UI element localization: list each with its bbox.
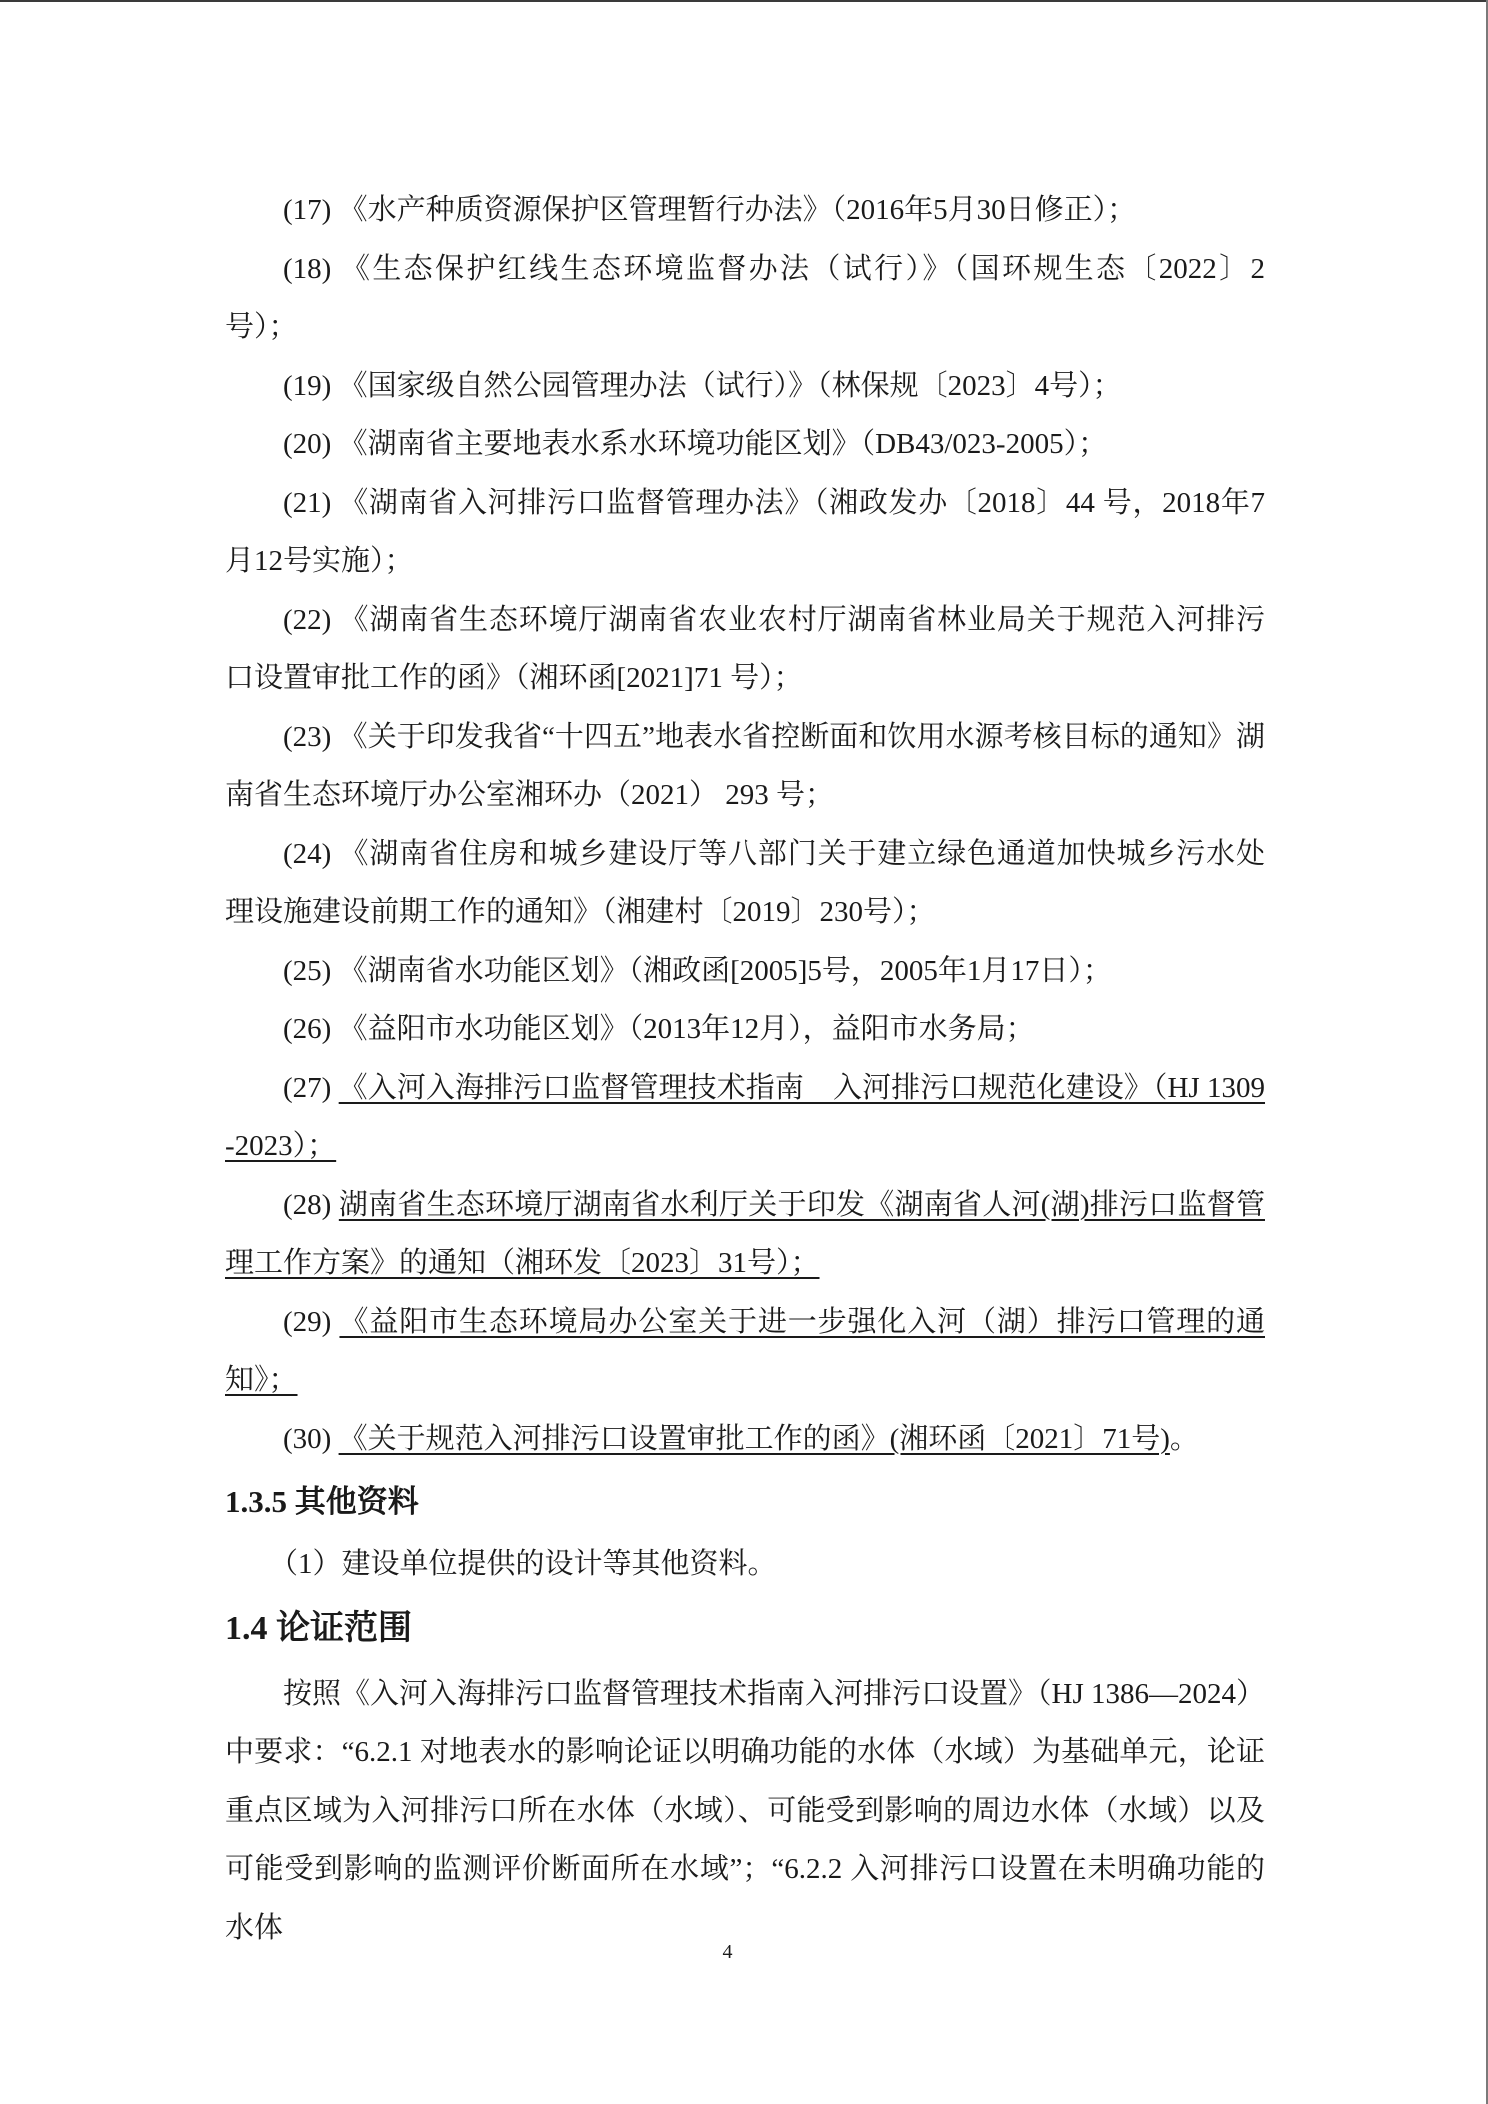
reference-item-30: (30) 《关于规范入河排污口设置审批工作的函》(湘环函〔2021〕71号)。 <box>225 1410 1265 1469</box>
reference-item-23: (23) 《关于印发我省“十四五”地表水省控断面和饮用水源考核目标的通知》湖南省… <box>225 708 1265 825</box>
page-border-top <box>0 0 1488 2</box>
reference-suffix: 。 <box>1170 1423 1199 1455</box>
reference-text-underlined: 《关于规范入河排污口设置审批工作的函》(湘环函〔2021〕71号) <box>339 1423 1170 1455</box>
reference-text: 《益阳市水功能区划》（2013年12月），益阳市水务局； <box>339 1013 1035 1045</box>
reference-item-22: (22) 《湖南省生态环境厅湖南省农业农村厅湖南省林业局关于规范入河排污口设置审… <box>225 591 1265 708</box>
section-heading-1-4: 1.4 论证范围 <box>225 1607 1265 1651</box>
reference-text-underlined: 《入河入海排污口监督管理技术指南 入河排污口规范化建设》（HJ 1309-202… <box>225 1072 1265 1163</box>
reference-text: 《关于印发我省“十四五”地表水省控断面和饮用水源考核目标的通知》湖南省生态环境厅… <box>225 721 1265 812</box>
reference-text: 《湖南省生态环境厅湖南省农业农村厅湖南省林业局关于规范入河排污口设置审批工作的函… <box>225 604 1265 695</box>
reference-number: (22) <box>283 604 331 636</box>
reference-text: 《水产种质资源保护区管理暂行办法》（2016年5月30日修正）； <box>339 194 1137 226</box>
reference-item-27: (27) 《入河入海排污口监督管理技术指南 入河排污口规范化建设》（HJ 130… <box>225 1059 1265 1176</box>
reference-item-21: (21) 《湖南省入河排污口监督管理办法》（湘政发办〔2018〕44 号，201… <box>225 474 1265 591</box>
reference-text: 《湖南省主要地表水系水环境功能区划》（DB43/023-2005）； <box>339 428 1108 460</box>
reference-item-25: (25) 《湖南省水功能区划》（湘政函[2005]5号，2005年1月17日）； <box>225 942 1265 1001</box>
reference-number: (29) <box>283 1306 331 1338</box>
reference-number: (27) <box>283 1072 331 1104</box>
reference-number: (24) <box>283 838 331 870</box>
reference-number: (19) <box>283 370 331 402</box>
document-body: (17) 《水产种质资源保护区管理暂行办法》（2016年5月30日修正）； (1… <box>225 181 1265 1957</box>
reference-number: (23) <box>283 721 331 753</box>
other-materials-item: （1）建设单位提供的设计等其他资料。 <box>225 1535 1265 1594</box>
reference-number: (21) <box>283 487 331 519</box>
reference-item-17: (17) 《水产种质资源保护区管理暂行办法》（2016年5月30日修正）； <box>225 181 1265 240</box>
reference-number: (25) <box>283 955 331 987</box>
reference-number: (18) <box>283 253 331 285</box>
reference-text: 《湖南省入河排污口监督管理办法》（湘政发办〔2018〕44 号，2018年7月1… <box>225 487 1265 578</box>
reference-list: (17) 《水产种质资源保护区管理暂行办法》（2016年5月30日修正）； (1… <box>225 181 1265 1468</box>
reference-number: (30) <box>283 1423 331 1455</box>
reference-item-20: (20) 《湖南省主要地表水系水环境功能区划》（DB43/023-2005）； <box>225 415 1265 474</box>
reference-item-18: (18) 《生态保护红线生态环境监督办法（试行）》（国环规生态〔2022〕2号）… <box>225 240 1265 357</box>
reference-item-24: (24) 《湖南省住房和城乡建设厅等八部门关于建立绿色通道加快城乡污水处理设施建… <box>225 825 1265 942</box>
reference-text: 《湖南省住房和城乡建设厅等八部门关于建立绿色通道加快城乡污水处理设施建设前期工作… <box>225 838 1265 929</box>
reference-number: (28) <box>283 1189 331 1221</box>
scope-paragraph: 按照《入河入海排污口监督管理技术指南入河排污口设置》（HJ 1386—2024）… <box>225 1665 1265 1958</box>
reference-text-underlined: 湖南省生态环境厅湖南省水利厅关于印发《湖南省人河(湖)排污口监督管理工作方案》的… <box>225 1189 1265 1280</box>
reference-item-19: (19) 《国家级自然公园管理办法（试行）》（林保规〔2023〕4号）； <box>225 357 1265 416</box>
reference-item-26: (26) 《益阳市水功能区划》（2013年12月），益阳市水务局； <box>225 1000 1265 1059</box>
reference-number: (20) <box>283 428 331 460</box>
reference-text-underlined: 《益阳市生态环境局办公室关于进一步强化入河（湖）排污口管理的通知》； <box>225 1306 1265 1397</box>
reference-item-28: (28) 湖南省生态环境厅湖南省水利厅关于印发《湖南省人河(湖)排污口监督管理工… <box>225 1176 1265 1293</box>
page-number: 4 <box>0 1938 1455 1966</box>
reference-text: 《国家级自然公园管理办法（试行）》（林保规〔2023〕4号）； <box>339 370 1122 402</box>
reference-text: 《生态保护红线生态环境监督办法（试行）》（国环规生态〔2022〕2号）； <box>225 253 1265 344</box>
reference-number: (17) <box>283 194 331 226</box>
reference-text: 《湖南省水功能区划》（湘政函[2005]5号，2005年1月17日）； <box>339 955 1112 987</box>
section-heading-1-3-5: 1.3.5 其他资料 <box>225 1482 1265 1522</box>
reference-item-29: (29) 《益阳市生态环境局办公室关于进一步强化入河（湖）排污口管理的通知》； <box>225 1293 1265 1410</box>
reference-number: (26) <box>283 1013 331 1045</box>
